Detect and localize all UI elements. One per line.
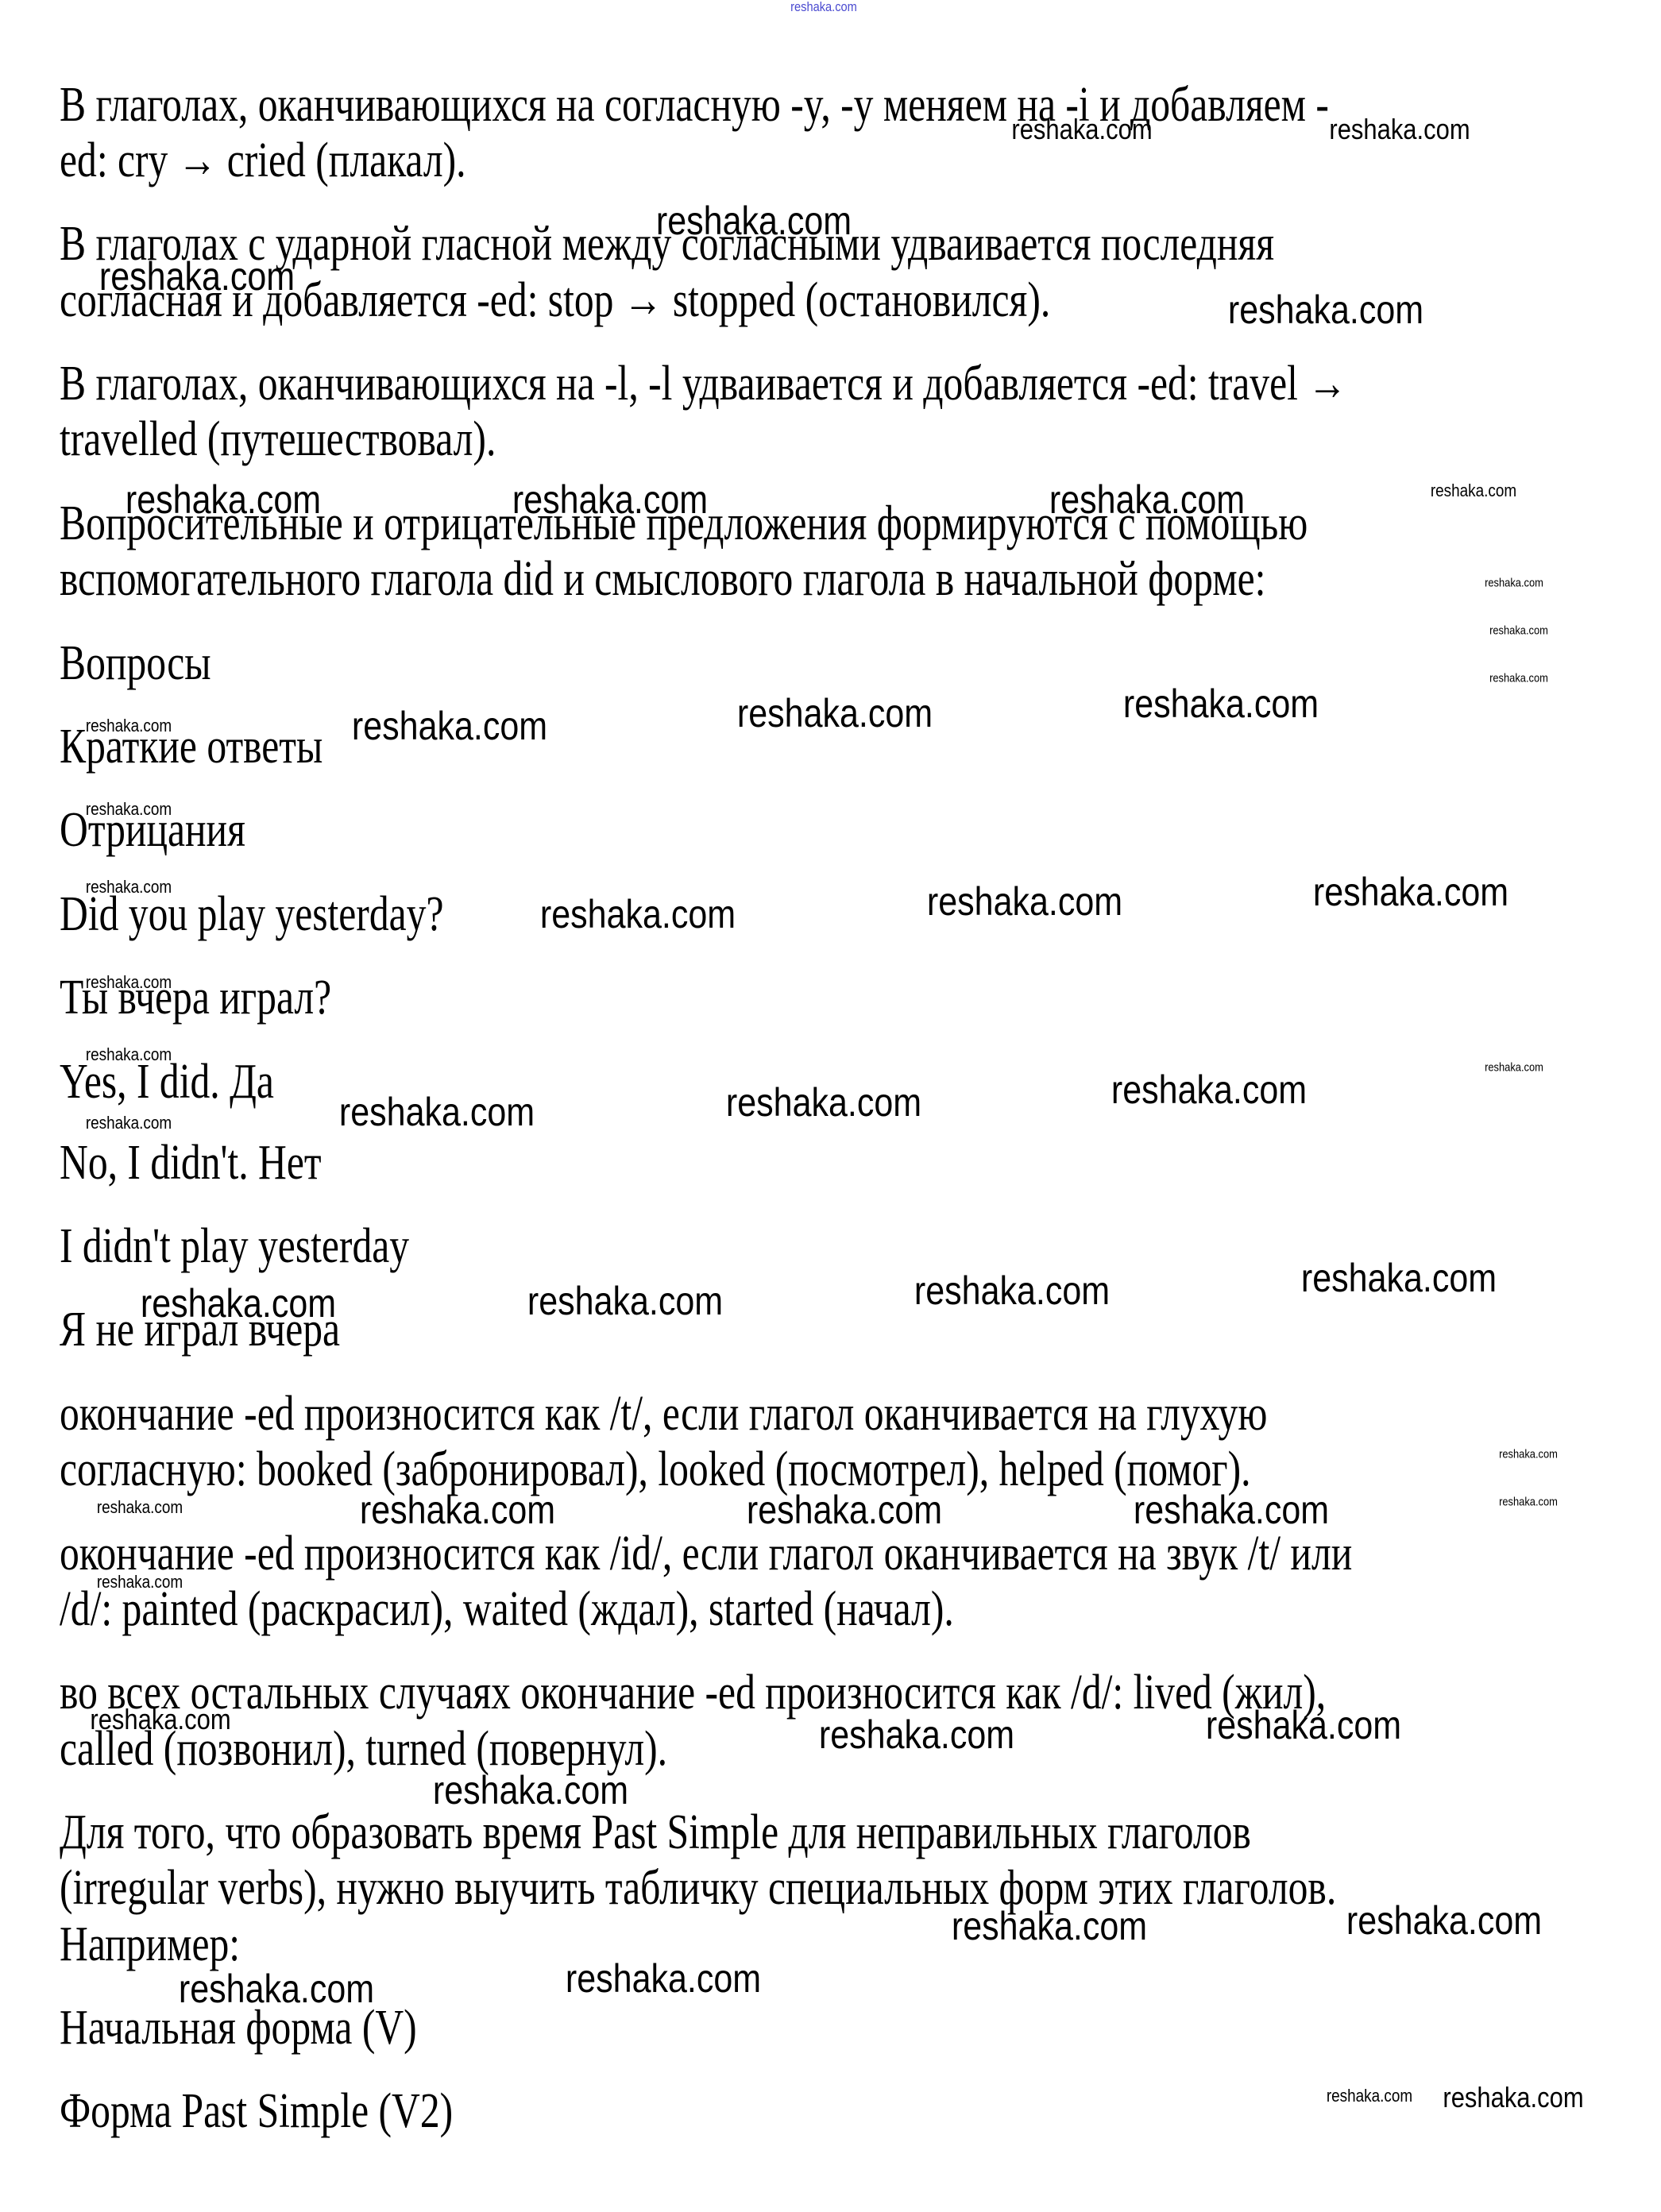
text-line: окончание -ed произносится как /t/, если… (60, 1386, 1267, 1442)
watermark: reshaka.com (1206, 1702, 1401, 1748)
watermark: reshaka.com (1485, 577, 1543, 590)
watermark: reshaka.com (85, 799, 171, 820)
watermark: reshaka.com (656, 198, 852, 244)
text-line: ed: cry → cried (плакал). (60, 133, 466, 188)
watermark: reshaka.com (179, 1966, 374, 2012)
watermark: reshaka.com (126, 477, 321, 523)
text-line: Для того, что образовать время Past Simp… (60, 1805, 1251, 1860)
watermark: reshaka.com (726, 1079, 921, 1125)
watermark: reshaka.com (1049, 477, 1245, 523)
watermark: reshaka.com (90, 1703, 230, 1736)
watermark: reshaka.com (1489, 671, 1548, 685)
watermark: reshaka.com (737, 690, 933, 736)
text-line: вспомогательного глагола did и смысловог… (60, 551, 1265, 607)
watermark: reshaka.com (97, 1497, 183, 1518)
watermark: reshaka.com (1228, 287, 1423, 333)
watermark: reshaka.com (85, 1113, 171, 1133)
text-line: окончание -ed произносится как /id/, есл… (60, 1526, 1352, 1581)
watermark: reshaka.com (512, 477, 708, 523)
text-line: Вопросы (60, 635, 211, 691)
watermark: reshaka.com (1489, 624, 1548, 638)
watermark: reshaka.com (85, 1044, 171, 1065)
watermark: reshaka.com (85, 877, 171, 898)
text-line: /d/: painted (раскрасил), waited (ждал),… (60, 1581, 954, 1637)
text-line: travelled (путешествовал). (60, 411, 496, 467)
watermark: reshaka.com (85, 972, 171, 993)
watermark: reshaka.com (1134, 1487, 1329, 1533)
watermark: reshaka.com (85, 716, 171, 736)
watermark: reshaka.com (1111, 1067, 1306, 1113)
watermark: reshaka.com (360, 1487, 555, 1533)
watermark: reshaka.com (1443, 2081, 1583, 2114)
text-line: согласную: booked (забронировал), looked… (60, 1442, 1251, 1497)
watermark: reshaka.com (352, 703, 547, 749)
text-line: во всех остальных случаях окончание -ed … (60, 1665, 1326, 1720)
watermark: reshaka.com (99, 253, 295, 299)
watermark: reshaka.com (1330, 113, 1470, 146)
watermark: reshaka.com (952, 1903, 1147, 1949)
watermark: reshaka.com (141, 1280, 336, 1326)
watermark: reshaka.com (1123, 681, 1319, 727)
watermark: reshaka.com (914, 1268, 1110, 1314)
watermark: reshaka.com (540, 891, 736, 937)
watermark: reshaka.com (1313, 869, 1508, 915)
watermark: reshaka.com (747, 1487, 942, 1533)
watermark: reshaka.com (339, 1089, 535, 1135)
watermark: reshaka.com (565, 1955, 760, 2002)
header-watermark: reshaka.com (790, 0, 857, 15)
watermark: reshaka.com (1431, 481, 1516, 501)
watermark: reshaka.com (433, 1767, 628, 1813)
watermark: reshaka.com (1499, 1495, 1558, 1508)
document-page: reshaka.com В глаголах, оканчивающихся н… (0, 0, 1661, 2212)
watermark: reshaka.com (1499, 1447, 1558, 1461)
watermark: reshaka.com (819, 1712, 1014, 1758)
text-line: В глаголах, оканчивающихся на -l, -l удв… (60, 356, 1347, 411)
watermark: reshaka.com (927, 878, 1122, 925)
text-line: No, I didn't. Нет (60, 1135, 322, 1191)
watermark: reshaka.com (1011, 113, 1152, 146)
text-line: I didn't play yesterday (60, 1218, 409, 1274)
text-line: Форма Past Simple (V2) (60, 2083, 453, 2139)
watermark: reshaka.com (1346, 1897, 1542, 1944)
watermark: reshaka.com (97, 1572, 183, 1592)
watermark: reshaka.com (1485, 1061, 1543, 1075)
watermark: reshaka.com (527, 1278, 723, 1324)
watermark: reshaka.com (1326, 2086, 1412, 2106)
watermark: reshaka.com (1300, 1255, 1496, 1301)
text-line: Например: (60, 1917, 240, 1972)
